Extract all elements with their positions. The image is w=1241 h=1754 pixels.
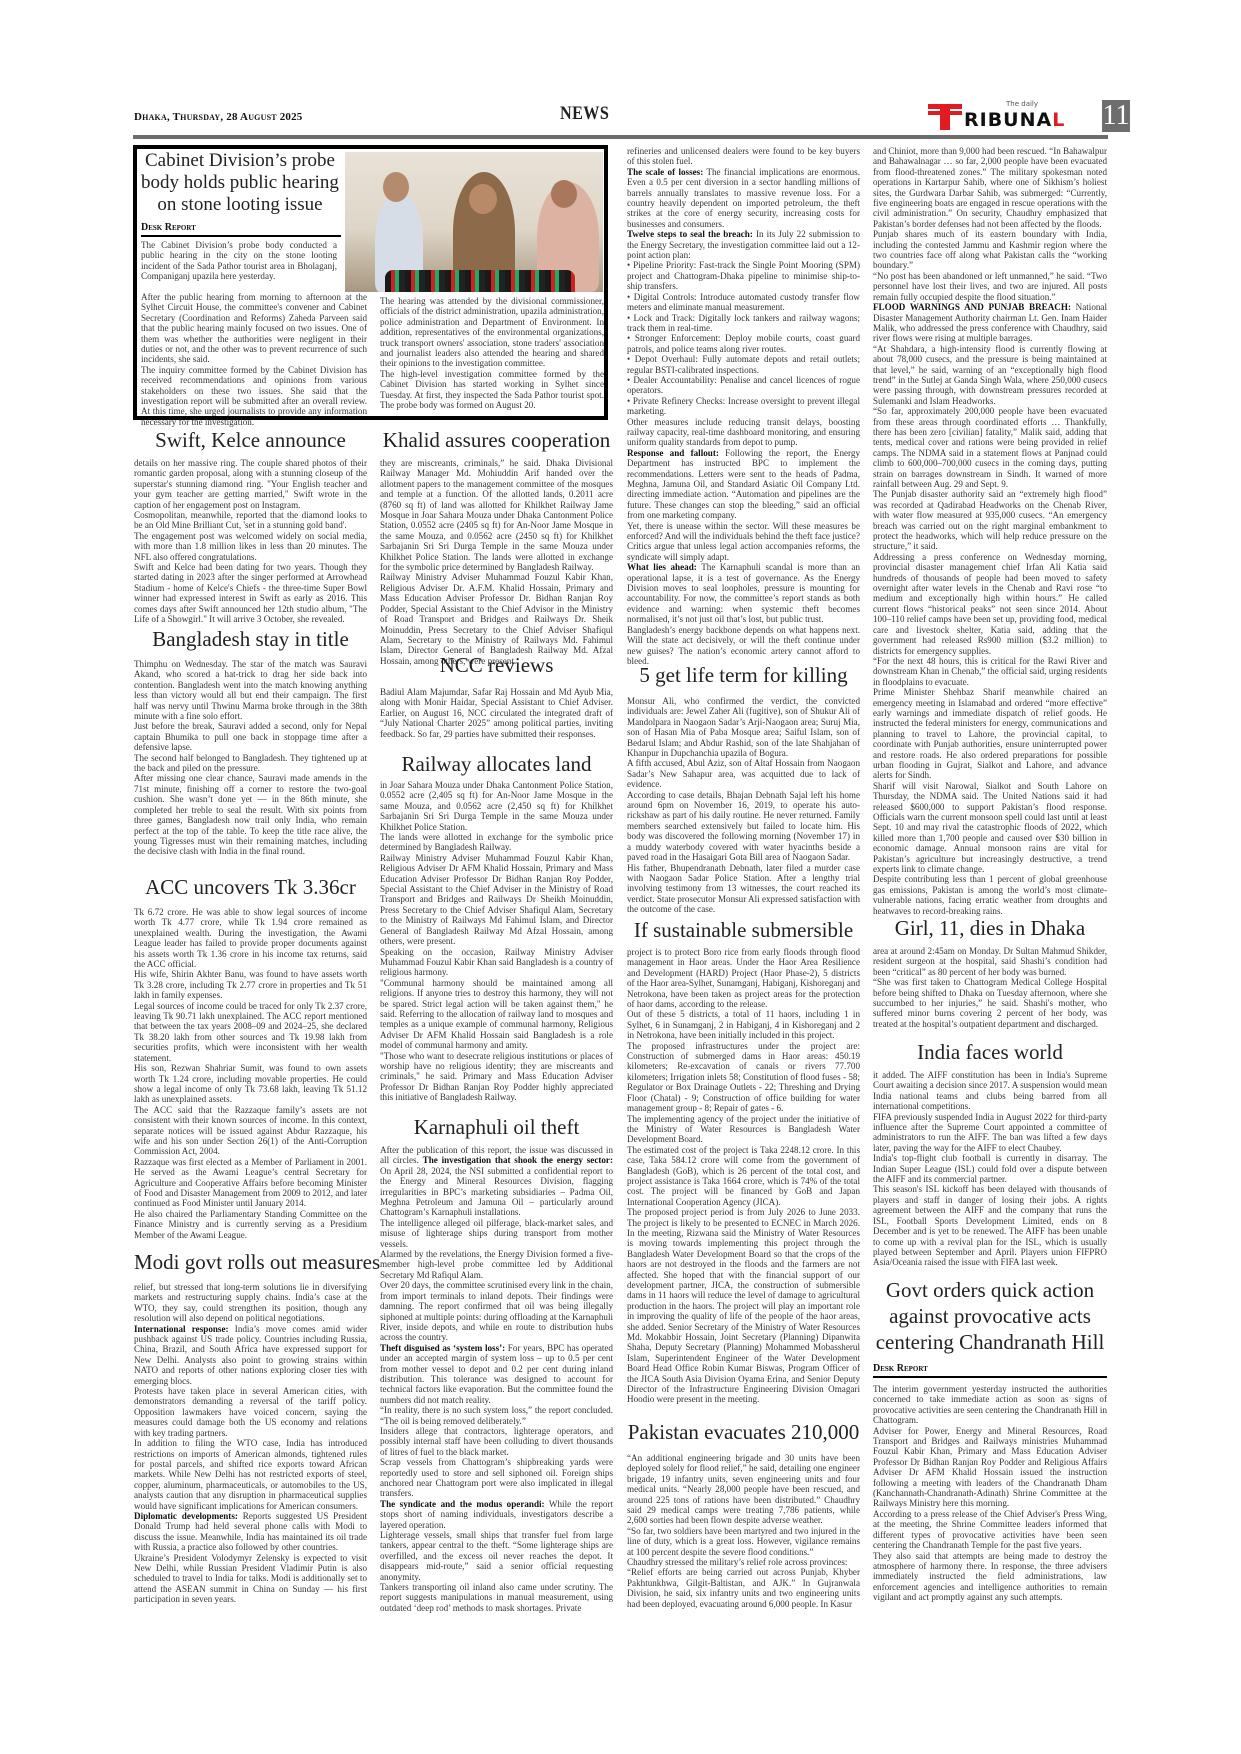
byline: Desk Report: [141, 222, 341, 233]
byline: Desk Report: [873, 1363, 1107, 1374]
logo-the-daily: The daily: [1006, 100, 1038, 108]
story-pakistan-continued: and Chiniot, more than 9,000 had been re…: [873, 146, 1107, 916]
story-khalid: Khalid assures cooperation they are misc…: [380, 428, 613, 666]
logo-t-icon: [928, 104, 962, 130]
lead-body-left-top: The Cabinet Division’s probe body conduc…: [141, 240, 337, 282]
headline: Karnaphuli oil theft: [380, 1115, 613, 1139]
headline: Modi govt rolls out measures: [134, 1250, 367, 1274]
headline: If sustainable submersible: [627, 918, 860, 942]
lead-body-right: The hearing was attended by the division…: [380, 296, 604, 410]
story-oil-continued: refineries and unlicensed dealers were f…: [627, 146, 860, 666]
headline: NCC reviews: [380, 653, 613, 677]
section-title: NEWS: [560, 103, 609, 125]
headline: Khalid assures cooperation: [380, 428, 613, 452]
story-railway: Railway allocates land in Joar Sahara Mo…: [380, 752, 613, 1103]
dateline: Dhaka, Thursday, 28 August 2025: [134, 111, 303, 123]
byline-rule: [141, 235, 341, 237]
story-ncc: NCC reviews Badiul Alam Majumdar, Safar …: [380, 653, 613, 739]
story-acc: ACC uncovers Tk 3.36cr Tk 6.72 crore. He…: [134, 875, 367, 1240]
headline: Pakistan evacuates 210,000: [627, 1420, 860, 1444]
lead-headline: Cabinet Division’s probe body holds publ…: [140, 150, 340, 216]
headline: Girl, 11, dies in Dhaka: [873, 916, 1107, 940]
story-bangladesh: Bangladesh stay in title Thimphu on Wedn…: [134, 627, 367, 857]
masthead-rule: [133, 135, 1108, 139]
byline-rule: [873, 1376, 1107, 1378]
story-pakistan: Pakistan evacuates 210,000 “An additiona…: [627, 1420, 860, 1609]
headline: India faces world: [873, 1040, 1107, 1064]
newspaper-logo: The daily RIBUNAL 11: [928, 100, 1128, 132]
headline: Swift, Kelce announce: [134, 428, 367, 452]
story-girl: Girl, 11, dies in Dhaka area at around 2…: [873, 916, 1107, 1029]
story-india: India faces world it added. The AIFF con…: [873, 1040, 1107, 1268]
lead-byline-block: Desk Report: [141, 222, 341, 237]
lead-photo: [345, 152, 603, 292]
headline: ACC uncovers Tk 3.36cr: [134, 875, 367, 899]
logo-wordmark: RIBUNAL: [964, 109, 1065, 131]
story-chandranath: Govt orders quick action against provoca…: [873, 1277, 1107, 1603]
headline: Bangladesh stay in title: [134, 627, 367, 651]
story-modi: Modi govt rolls out measures relief, but…: [134, 1250, 367, 1605]
story-life-term: 5 get life term for killing Monsur Ali, …: [627, 663, 860, 915]
story-submersible: If sustainable submersible project is to…: [627, 918, 860, 1405]
headline: Govt orders quick action against provoca…: [873, 1277, 1107, 1355]
lead-body-left: After the public hearing from morning to…: [141, 292, 367, 427]
headline: 5 get life term for killing: [627, 663, 860, 687]
story-karnaphuli: Karnaphuli oil theft After the publicati…: [380, 1115, 613, 1613]
page-number: 11: [1102, 100, 1130, 132]
headline: Railway allocates land: [380, 752, 613, 776]
story-swift: Swift, Kelce announce details on her mas…: [134, 428, 367, 625]
